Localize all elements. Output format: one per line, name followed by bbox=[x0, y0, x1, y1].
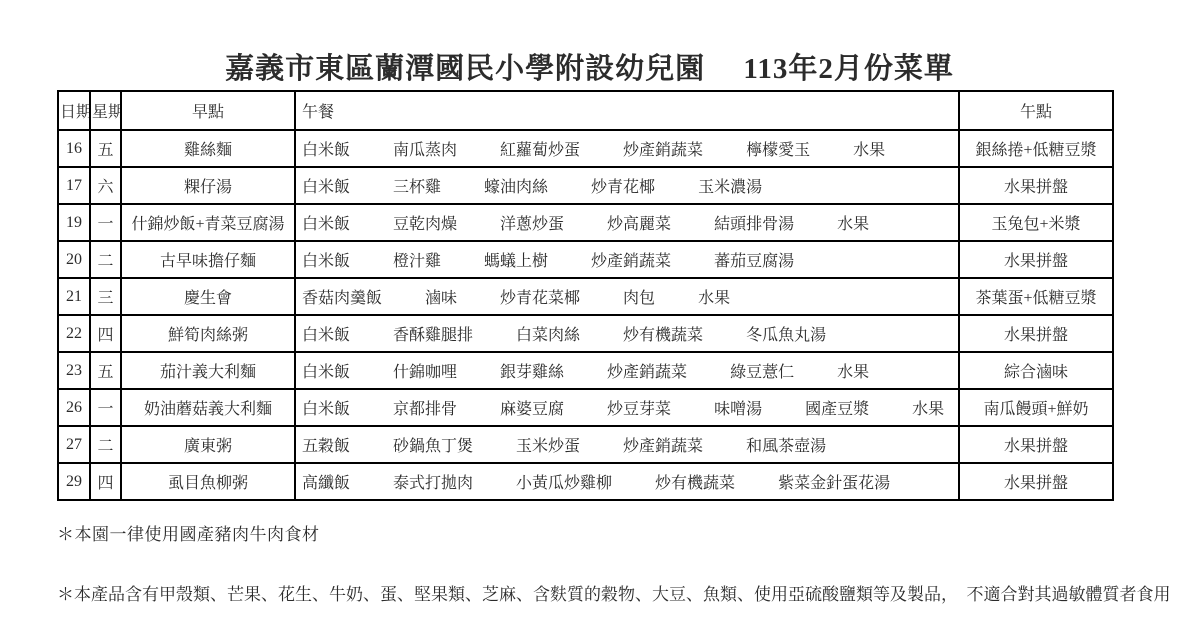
lunch-item: 炒有機蔬菜 bbox=[623, 322, 703, 345]
lunch-item: 水果 bbox=[698, 285, 730, 308]
afternoon-cell: 綜合滷味 bbox=[959, 352, 1113, 389]
breakfast-cell: 鮮筍肉絲粥 bbox=[121, 315, 295, 352]
weekday-cell: 四 bbox=[90, 463, 121, 500]
date-cell: 23 bbox=[58, 352, 90, 389]
lunch-item: 炒產銷蔬菜 bbox=[623, 433, 703, 456]
lunch-item: 香菇肉羹飯 bbox=[302, 285, 382, 308]
date-cell: 20 bbox=[58, 241, 90, 278]
note-domestic-meat: ＊本園一律使用國產豬肉牛肉食材 bbox=[57, 520, 320, 545]
lunch-item: 蠔油肉絲 bbox=[484, 174, 548, 197]
lunch-item: 炒青花菜椰 bbox=[500, 285, 580, 308]
table-row: 27二廣東粥五穀飯砂鍋魚丁煲玉米炒蛋炒產銷蔬菜和風茶壺湯水果拼盤 bbox=[58, 426, 1113, 463]
lunch-item: 洋蔥炒蛋 bbox=[500, 211, 564, 234]
weekday-cell: 四 bbox=[90, 315, 121, 352]
lunch-cell: 高纖飯泰式打拋肉小黃瓜炒雞柳炒有機蔬菜紫菜金針蛋花湯 bbox=[295, 463, 959, 500]
table-row: 29四虱目魚柳粥高纖飯泰式打拋肉小黃瓜炒雞柳炒有機蔬菜紫菜金針蛋花湯水果拼盤 bbox=[58, 463, 1113, 500]
lunch-item: 三杯雞 bbox=[393, 174, 441, 197]
table-row: 20二古早味擔仔麵白米飯橙汁雞螞蟻上樹炒產銷蔬菜蕃茄豆腐湯水果拼盤 bbox=[58, 241, 1113, 278]
lunch-item: 白米飯 bbox=[302, 322, 350, 345]
lunch-item: 豆乾肉燥 bbox=[393, 211, 457, 234]
lunch-items: 白米飯橙汁雞螞蟻上樹炒產銷蔬菜蕃茄豆腐湯 bbox=[302, 248, 958, 271]
lunch-item: 銀芽雞絲 bbox=[500, 359, 564, 382]
afternoon-cell: 銀絲捲+低糖豆漿 bbox=[959, 130, 1113, 167]
table-row: 26一奶油蘑菇義大利麵白米飯京都排骨麻婆豆腐炒豆芽菜味噌湯國產豆漿水果南瓜饅頭+… bbox=[58, 389, 1113, 426]
date-cell: 26 bbox=[58, 389, 90, 426]
lunch-item: 水果 bbox=[837, 359, 869, 382]
lunch-cell: 香菇肉羹飯滷味炒青花菜椰肉包水果 bbox=[295, 278, 959, 315]
header-breakfast: 早點 bbox=[121, 91, 295, 130]
table-row: 21三慶生會香菇肉羹飯滷味炒青花菜椰肉包水果茶葉蛋+低糖豆漿 bbox=[58, 278, 1113, 315]
afternoon-cell: 水果拼盤 bbox=[959, 463, 1113, 500]
header-weekday: 星期 bbox=[90, 91, 121, 130]
lunch-item: 檸檬愛玉 bbox=[746, 137, 810, 160]
breakfast-cell: 茄汁義大利麵 bbox=[121, 352, 295, 389]
lunch-cell: 白米飯香酥雞腿排白菜肉絲炒有機蔬菜冬瓜魚丸湯 bbox=[295, 315, 959, 352]
lunch-items: 白米飯南瓜蒸肉紅蘿蔔炒蛋炒產銷蔬菜檸檬愛玉水果 bbox=[302, 137, 958, 160]
table-row: 16五雞絲麵白米飯南瓜蒸肉紅蘿蔔炒蛋炒產銷蔬菜檸檬愛玉水果銀絲捲+低糖豆漿 bbox=[58, 130, 1113, 167]
lunch-item: 國產豆漿 bbox=[805, 396, 869, 419]
lunch-item: 白米飯 bbox=[302, 137, 350, 160]
lunch-item: 螞蟻上樹 bbox=[484, 248, 548, 271]
date-cell: 27 bbox=[58, 426, 90, 463]
lunch-item: 白米飯 bbox=[302, 211, 350, 234]
lunch-cell: 白米飯南瓜蒸肉紅蘿蔔炒蛋炒產銷蔬菜檸檬愛玉水果 bbox=[295, 130, 959, 167]
afternoon-cell: 水果拼盤 bbox=[959, 241, 1113, 278]
afternoon-cell: 水果拼盤 bbox=[959, 167, 1113, 204]
breakfast-cell: 虱目魚柳粥 bbox=[121, 463, 295, 500]
lunch-cell: 白米飯三杯雞蠔油肉絲炒青花椰玉米濃湯 bbox=[295, 167, 959, 204]
weekday-cell: 五 bbox=[90, 130, 121, 167]
lunch-items: 高纖飯泰式打拋肉小黃瓜炒雞柳炒有機蔬菜紫菜金針蛋花湯 bbox=[302, 470, 958, 493]
lunch-item: 白米飯 bbox=[302, 396, 350, 419]
weekday-cell: 二 bbox=[90, 426, 121, 463]
header-afternoon: 午點 bbox=[959, 91, 1113, 130]
table-row: 23五茄汁義大利麵白米飯什錦咖哩銀芽雞絲炒產銷蔬菜綠豆薏仁水果綜合滷味 bbox=[58, 352, 1113, 389]
lunch-cell: 白米飯豆乾肉燥洋蔥炒蛋炒高麗菜結頭排骨湯水果 bbox=[295, 204, 959, 241]
lunch-item: 玉米炒蛋 bbox=[516, 433, 580, 456]
lunch-item: 和風茶壺湯 bbox=[746, 433, 826, 456]
weekday-cell: 六 bbox=[90, 167, 121, 204]
lunch-items: 白米飯香酥雞腿排白菜肉絲炒有機蔬菜冬瓜魚丸湯 bbox=[302, 322, 958, 345]
weekday-cell: 五 bbox=[90, 352, 121, 389]
lunch-cell: 白米飯什錦咖哩銀芽雞絲炒產銷蔬菜綠豆薏仁水果 bbox=[295, 352, 959, 389]
lunch-item: 京都排骨 bbox=[393, 396, 457, 419]
date-cell: 17 bbox=[58, 167, 90, 204]
lunch-item: 砂鍋魚丁煲 bbox=[393, 433, 473, 456]
note-allergens: ＊本產品含有甲殼類、芒果、花生、牛奶、蛋、堅果類、芝麻、含麩質的穀物、大豆、魚類… bbox=[57, 580, 1171, 605]
lunch-item: 肉包 bbox=[623, 285, 655, 308]
lunch-item: 高纖飯 bbox=[302, 470, 350, 493]
lunch-item: 水果 bbox=[837, 211, 869, 234]
lunch-item: 炒高麗菜 bbox=[607, 211, 671, 234]
lunch-items: 白米飯三杯雞蠔油肉絲炒青花椰玉米濃湯 bbox=[302, 174, 958, 197]
menu-table: 日期 星期 早點 午餐 午點 16五雞絲麵白米飯南瓜蒸肉紅蘿蔔炒蛋炒產銷蔬菜檸檬… bbox=[57, 90, 1114, 501]
table-row: 22四鮮筍肉絲粥白米飯香酥雞腿排白菜肉絲炒有機蔬菜冬瓜魚丸湯水果拼盤 bbox=[58, 315, 1113, 352]
lunch-item: 什錦咖哩 bbox=[393, 359, 457, 382]
lunch-item: 白米飯 bbox=[302, 359, 350, 382]
lunch-item: 冬瓜魚丸湯 bbox=[746, 322, 826, 345]
lunch-item: 南瓜蒸肉 bbox=[393, 137, 457, 160]
menu-table-body: 16五雞絲麵白米飯南瓜蒸肉紅蘿蔔炒蛋炒產銷蔬菜檸檬愛玉水果銀絲捲+低糖豆漿17六… bbox=[58, 130, 1113, 500]
lunch-item: 炒有機蔬菜 bbox=[655, 470, 735, 493]
header-row: 日期 星期 早點 午餐 午點 bbox=[58, 91, 1113, 130]
date-cell: 22 bbox=[58, 315, 90, 352]
breakfast-cell: 雞絲麵 bbox=[121, 130, 295, 167]
lunch-item: 蕃茄豆腐湯 bbox=[714, 248, 794, 271]
lunch-item: 白米飯 bbox=[302, 248, 350, 271]
lunch-item: 水果 bbox=[912, 396, 944, 419]
afternoon-cell: 水果拼盤 bbox=[959, 426, 1113, 463]
lunch-item: 香酥雞腿排 bbox=[393, 322, 473, 345]
lunch-items: 白米飯什錦咖哩銀芽雞絲炒產銷蔬菜綠豆薏仁水果 bbox=[302, 359, 958, 382]
afternoon-cell: 南瓜饅頭+鮮奶 bbox=[959, 389, 1113, 426]
lunch-item: 炒產銷蔬菜 bbox=[607, 359, 687, 382]
lunch-item: 炒豆芽菜 bbox=[607, 396, 671, 419]
weekday-cell: 三 bbox=[90, 278, 121, 315]
page-title: 嘉義市東區蘭潭國民小學附設幼兒園 113年2月份菜單 bbox=[0, 46, 1179, 87]
lunch-item: 紫菜金針蛋花湯 bbox=[778, 470, 890, 493]
lunch-items: 白米飯豆乾肉燥洋蔥炒蛋炒高麗菜結頭排骨湯水果 bbox=[302, 211, 958, 234]
header-date: 日期 bbox=[58, 91, 90, 130]
lunch-items: 五穀飯砂鍋魚丁煲玉米炒蛋炒產銷蔬菜和風茶壺湯 bbox=[302, 433, 958, 456]
breakfast-cell: 粿仔湯 bbox=[121, 167, 295, 204]
date-cell: 21 bbox=[58, 278, 90, 315]
breakfast-cell: 廣東粥 bbox=[121, 426, 295, 463]
lunch-item: 五穀飯 bbox=[302, 433, 350, 456]
lunch-item: 玉米濃湯 bbox=[698, 174, 762, 197]
breakfast-cell: 什錦炒飯+青菜豆腐湯 bbox=[121, 204, 295, 241]
lunch-item: 小黃瓜炒雞柳 bbox=[516, 470, 612, 493]
lunch-item: 麻婆豆腐 bbox=[500, 396, 564, 419]
weekday-cell: 二 bbox=[90, 241, 121, 278]
afternoon-cell: 茶葉蛋+低糖豆漿 bbox=[959, 278, 1113, 315]
lunch-item: 白米飯 bbox=[302, 174, 350, 197]
lunch-cell: 白米飯京都排骨麻婆豆腐炒豆芽菜味噌湯國產豆漿水果 bbox=[295, 389, 959, 426]
date-cell: 16 bbox=[58, 130, 90, 167]
breakfast-cell: 奶油蘑菇義大利麵 bbox=[121, 389, 295, 426]
lunch-cell: 白米飯橙汁雞螞蟻上樹炒產銷蔬菜蕃茄豆腐湯 bbox=[295, 241, 959, 278]
weekday-cell: 一 bbox=[90, 204, 121, 241]
lunch-item: 泰式打拋肉 bbox=[393, 470, 473, 493]
lunch-item: 炒青花椰 bbox=[591, 174, 655, 197]
lunch-item: 味噌湯 bbox=[714, 396, 762, 419]
afternoon-cell: 玉兔包+米漿 bbox=[959, 204, 1113, 241]
lunch-cell: 五穀飯砂鍋魚丁煲玉米炒蛋炒產銷蔬菜和風茶壺湯 bbox=[295, 426, 959, 463]
table-row: 19一什錦炒飯+青菜豆腐湯白米飯豆乾肉燥洋蔥炒蛋炒高麗菜結頭排骨湯水果玉兔包+米… bbox=[58, 204, 1113, 241]
date-cell: 29 bbox=[58, 463, 90, 500]
lunch-item: 橙汁雞 bbox=[393, 248, 441, 271]
lunch-item: 炒產銷蔬菜 bbox=[623, 137, 703, 160]
breakfast-cell: 古早味擔仔麵 bbox=[121, 241, 295, 278]
breakfast-cell: 慶生會 bbox=[121, 278, 295, 315]
lunch-item: 綠豆薏仁 bbox=[730, 359, 794, 382]
lunch-items: 香菇肉羹飯滷味炒青花菜椰肉包水果 bbox=[302, 285, 958, 308]
lunch-item: 滷味 bbox=[425, 285, 457, 308]
header-lunch: 午餐 bbox=[295, 91, 959, 130]
weekday-cell: 一 bbox=[90, 389, 121, 426]
lunch-item: 白菜肉絲 bbox=[516, 322, 580, 345]
lunch-item: 結頭排骨湯 bbox=[714, 211, 794, 234]
lunch-items: 白米飯京都排骨麻婆豆腐炒豆芽菜味噌湯國產豆漿水果 bbox=[302, 396, 958, 419]
date-cell: 19 bbox=[58, 204, 90, 241]
table-row: 17六粿仔湯白米飯三杯雞蠔油肉絲炒青花椰玉米濃湯水果拼盤 bbox=[58, 167, 1113, 204]
lunch-item: 紅蘿蔔炒蛋 bbox=[500, 137, 580, 160]
afternoon-cell: 水果拼盤 bbox=[959, 315, 1113, 352]
lunch-item: 炒產銷蔬菜 bbox=[591, 248, 671, 271]
lunch-item: 水果 bbox=[853, 137, 885, 160]
